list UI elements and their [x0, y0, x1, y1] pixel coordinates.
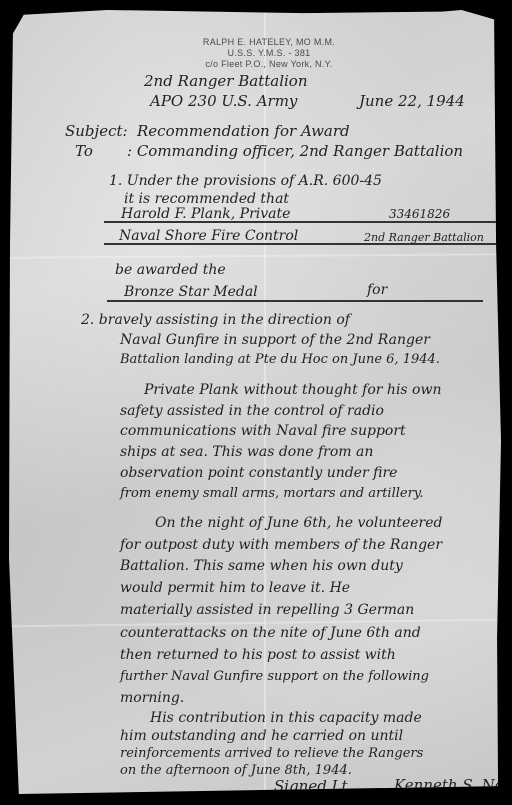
- subject-label: Subject:: [65, 123, 128, 139]
- form-line: [107, 300, 483, 302]
- para2-line: morning.: [120, 690, 184, 706]
- award-line: be awarded the: [115, 262, 226, 278]
- para1-line2: it is recommended that: [124, 191, 289, 207]
- nominee-assignment: Naval Shore Fire Control: [119, 228, 298, 244]
- para2-line: Naval Gunfire in support of the 2nd Rang…: [120, 332, 430, 348]
- letterhead-name: RALPH E. HATELEY, MO M.M.: [164, 37, 374, 48]
- para2-line: Private Plank without thought for his ow…: [144, 382, 441, 398]
- para2-line: then returned to his post to assist with: [120, 647, 396, 663]
- para2-line: 2. bravely assisting in the direction of: [81, 312, 350, 328]
- para2-line: Battalion. This same when his own duty: [120, 558, 403, 574]
- para2-line: from enemy small arms, mortars and artil…: [120, 486, 424, 502]
- para2-line: counterattacks on the nite of June 6th a…: [120, 625, 421, 641]
- para2-line: communications with Naval fire support: [120, 423, 406, 439]
- para2-line: him outstanding and he carried on until: [120, 728, 403, 744]
- nominee-name-rank: Harold F. Plank, Private: [121, 206, 290, 222]
- nominee-unit: 2nd Ranger Battalion: [364, 230, 484, 246]
- para1-line1: 1. Under the provisions of A.R. 600-45: [109, 173, 382, 189]
- para2-line: further Naval Gunfire support on the fol…: [120, 669, 429, 685]
- para2-line: observation point constantly under fire: [120, 465, 397, 481]
- para2-line: On the night of June 6th, he volunteered: [155, 515, 443, 531]
- signature-name: Kenneth S. Norton: [394, 777, 512, 793]
- letterhead-stamp: RALPH E. HATELEY, MO M.M. U.S.S. Y.M.S. …: [164, 37, 374, 70]
- para2-line: His contribution in this capacity made: [150, 710, 422, 726]
- award-for: for: [367, 282, 387, 298]
- para2-line: would permit him to leave it. He: [120, 580, 350, 596]
- signature-label: Signed Lt.: [274, 778, 352, 794]
- to-value: : Commanding officer, 2nd Ranger Battali…: [127, 143, 463, 159]
- header-apo: APO 230 U.S. Army: [150, 93, 297, 109]
- letterhead-ship: U.S.S. Y.M.S. - 381: [164, 48, 374, 59]
- subject-value: Recommendation for Award: [137, 123, 350, 139]
- para2-line: for outpost duty with members of the Ran…: [120, 537, 442, 553]
- header-date: June 22, 1944: [359, 93, 465, 109]
- para2-line: ships at sea. This was done from an: [120, 444, 373, 460]
- scanned-document: RALPH E. HATELEY, MO M.M. U.S.S. Y.M.S. …: [0, 0, 512, 805]
- para2-line: safety assisted in the control of radio: [120, 403, 384, 419]
- fold-line-horizontal: [9, 253, 501, 258]
- para2-line: reinforcements arrived to relieve the Ra…: [120, 746, 423, 762]
- letter-paper: RALPH E. HATELEY, MO M.M. U.S.S. Y.M.S. …: [9, 10, 501, 794]
- header-unit: 2nd Ranger Battalion: [144, 73, 307, 89]
- to-label: To: [75, 143, 93, 159]
- award-medal: Bronze Star Medal: [124, 284, 258, 300]
- letterhead-address: c/o Fleet P.O., New York, N.Y.: [164, 59, 374, 70]
- nominee-service-number: 33461826: [389, 206, 450, 222]
- para2-line: materially assisted in repelling 3 Germa…: [120, 602, 414, 618]
- para2-line: Battalion landing at Pte du Hoc on June …: [120, 352, 440, 368]
